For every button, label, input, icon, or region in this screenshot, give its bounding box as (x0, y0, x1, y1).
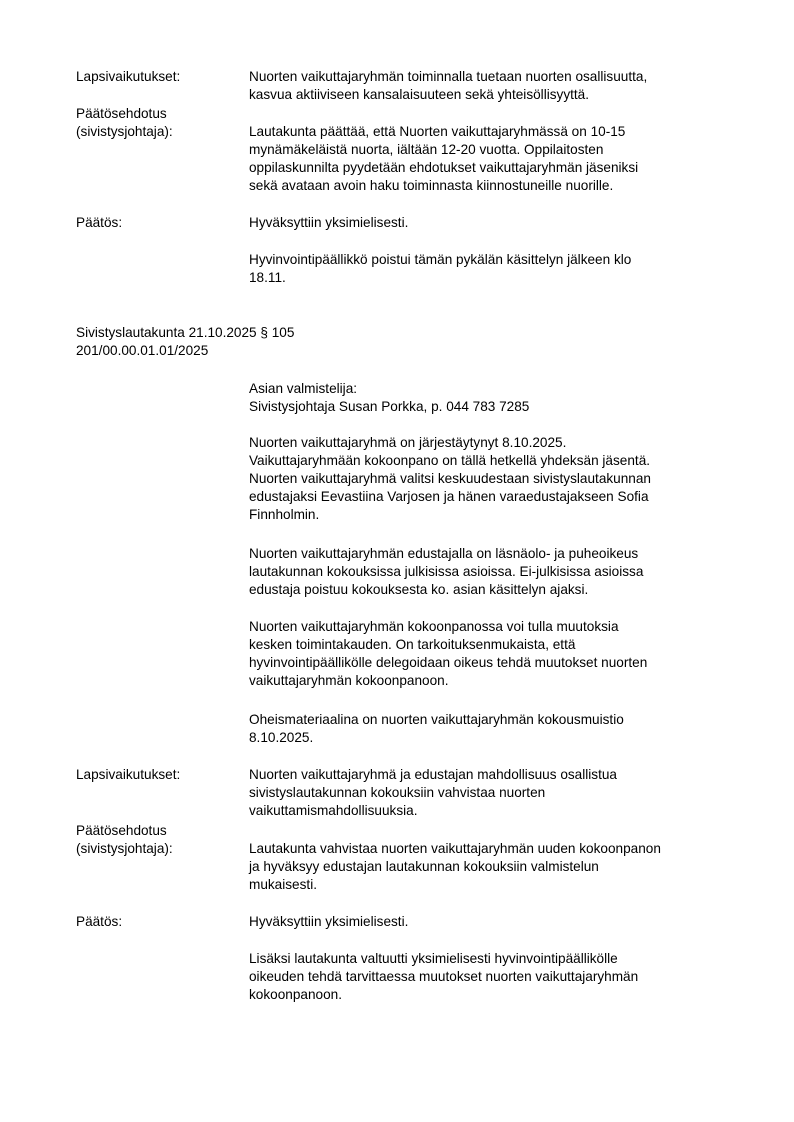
decision-label: Päätös: (76, 913, 246, 931)
paragraph-text: Nuorten vaikuttajaryhmän edustajalla on … (249, 545, 739, 599)
proposal-text: Lautakunta päättää, että Nuorten vaikutt… (249, 123, 739, 195)
child-impact-text: Nuorten vaikuttajaryhmän toiminnalla tue… (249, 68, 739, 104)
decision-note: Lisäksi lautakunta valtuutti yksimielise… (249, 950, 739, 1004)
paragraph-text: Nuorten vaikuttajaryhmä on järjestäytyny… (249, 434, 739, 524)
paragraph-text: Nuorten vaikuttajaryhmän kokoonpanossa v… (249, 618, 739, 690)
meeting-title: Sivistyslautakunta 21.10.2025 § 105 (76, 324, 736, 342)
decision-text: Hyväksyttiin yksimielisesti. (249, 214, 739, 232)
proposal-label: Päätösehdotus (sivistysjohtaja): (76, 105, 246, 141)
child-impact-text: Nuorten vaikuttajaryhmä ja edustajan mah… (249, 766, 739, 820)
document-page: Lapsivaikutukset: Nuorten vaikuttajaryhm… (0, 0, 794, 1122)
child-impact-label: Lapsivaikutukset: (76, 766, 246, 784)
proposal-text: Lautakunta vahvistaa nuorten vaikuttajar… (249, 840, 739, 894)
decision-text: Hyväksyttiin yksimielisesti. (249, 913, 739, 931)
record-number: 201/00.00.01.01/2025 (76, 342, 736, 360)
child-impact-label: Lapsivaikutukset: (76, 68, 246, 86)
preparer-name: Sivistysjohtaja Susan Porkka, p. 044 783… (249, 398, 739, 416)
preparer-label: Asian valmistelija: (249, 380, 739, 398)
decision-label: Päätös: (76, 214, 246, 232)
proposal-label: Päätösehdotus (sivistysjohtaja): (76, 822, 246, 858)
decision-note: Hyvinvointipäällikkö poistui tämän pykäl… (249, 251, 739, 287)
paragraph-text: Oheismateriaalina on nuorten vaikuttajar… (249, 711, 739, 747)
